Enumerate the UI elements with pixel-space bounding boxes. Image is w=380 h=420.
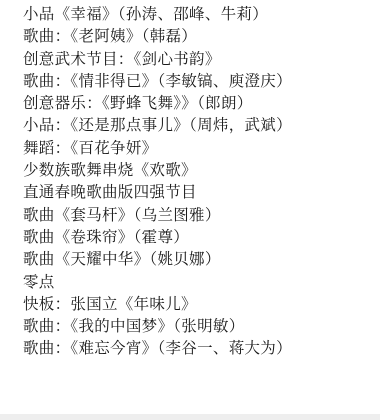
- program-item: 小品《幸福》（孙涛、邵峰、牛莉）: [23, 3, 380, 25]
- program-item: 歌曲《卷珠帘》（霍尊）: [23, 226, 380, 248]
- program-item: 歌曲：《老阿姨》（韩磊）: [23, 25, 380, 47]
- program-item: 直通春晚歌曲版四强节目: [23, 181, 380, 203]
- program-item: 歌曲：《情非得已》（李敏镐、庾澄庆）: [23, 70, 380, 92]
- program-item: 舞蹈：《百花争妍》: [23, 137, 380, 159]
- program-item: 歌曲：《难忘今宵》（李谷一、蒋大为）: [23, 337, 380, 359]
- program-list: 小品《幸福》（孙涛、邵峰、牛莉） 歌曲：《老阿姨》（韩磊） 创意武术节目：《剑心…: [23, 3, 380, 360]
- program-item: 歌曲《套马杆》（乌兰图雅）: [23, 204, 380, 226]
- program-item: 少数族歌舞串烧《欢歌》: [23, 159, 380, 181]
- bottom-edge: [0, 414, 380, 420]
- program-item: 小品：《还是那点事儿》（周炜，武斌）: [23, 114, 380, 136]
- program-item: 歌曲《天耀中华》（姚贝娜）: [23, 248, 380, 270]
- program-item: 快板：张国立《年味儿》: [23, 293, 380, 315]
- program-item: 零点: [23, 271, 380, 293]
- program-item: 创意武术节目：《剑心书韵》: [23, 48, 380, 70]
- program-item: 歌曲：《我的中国梦》（张明敏）: [23, 315, 380, 337]
- program-item: 创意器乐：《野蜂飞舞》》（郎朗）: [23, 92, 380, 114]
